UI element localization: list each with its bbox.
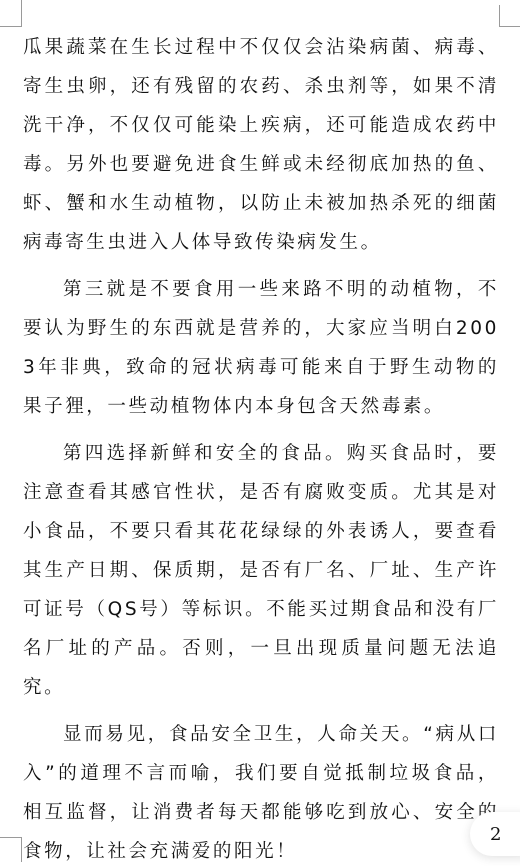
page-number-indicator[interactable]: 2 bbox=[470, 812, 520, 856]
paragraph-vegetables-washing: 瓜果蔬菜在生长过程中不仅仅会沾染病菌、病毒、寄生虫卵，还有残留的农药、杀虫剂等，… bbox=[23, 28, 499, 262]
margin-corner-mark-top-right bbox=[499, 5, 520, 27]
margin-corner-mark-bottom-left bbox=[0, 837, 22, 862]
paragraph-choose-safe-food: 第四选择新鲜和安全的食品。购买食品时，要注意查看其感官性状，是否有腐败变质。尤其… bbox=[23, 434, 499, 707]
page-number: 2 bbox=[490, 824, 501, 845]
margin-corner-mark-top-left bbox=[0, 0, 22, 27]
paragraph-conclusion: 显而易见，食品安全卫生，人命关天。“病从口入”的道理不言而喻，我们要自觉抵制垃圾… bbox=[23, 715, 499, 866]
paragraph-wild-animals: 第三就是不要食用一些来路不明的动植物，不要认为野生的东西就是营养的，大家应当明白… bbox=[23, 270, 499, 426]
document-page-body: 瓜果蔬菜在生长过程中不仅仅会沾染病菌、病毒、寄生虫卵，还有残留的农药、杀虫剂等，… bbox=[23, 28, 499, 866]
